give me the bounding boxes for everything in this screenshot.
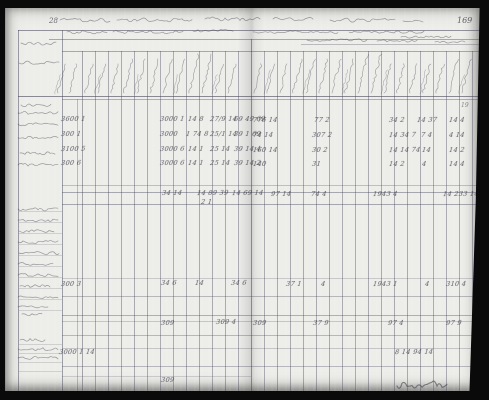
ledger-entry: 3000 6 <box>160 146 185 153</box>
handwriting-stroke <box>409 64 419 94</box>
ledger-entry: 140 <box>253 161 267 168</box>
grid-hline <box>19 277 62 278</box>
ledger-entry: 4 <box>422 161 427 168</box>
handwriting-stroke <box>341 70 349 95</box>
ledger-entry: 4 <box>321 281 326 288</box>
ledger-entry: 25 14 <box>210 146 231 153</box>
ledger-entry: 14 14 74 <box>389 147 421 154</box>
handwriting-stroke <box>330 18 395 22</box>
handwriting-stroke <box>344 59 354 93</box>
handwriting-stroke <box>349 31 424 33</box>
handwriting-stroke <box>370 54 382 93</box>
scan-border-bottom <box>0 391 489 400</box>
ledger-entry: 3600 1 <box>61 116 86 123</box>
handwriting-stroke <box>377 40 417 42</box>
handwriting-stroke <box>396 64 405 94</box>
grid-vline <box>394 51 395 396</box>
grid-vline <box>264 51 265 396</box>
page-fold-shadow <box>238 8 264 391</box>
grid-vline <box>18 30 19 396</box>
ledger-entry: 97 4 <box>388 320 405 327</box>
handwriting-stroke <box>18 123 58 126</box>
grid-hline <box>62 204 482 205</box>
handwriting-stroke <box>279 64 289 94</box>
handwriting-stroke <box>253 31 338 34</box>
handwriting-stroke <box>435 41 465 43</box>
ledger-entry: 37 9 <box>313 320 330 327</box>
grid-hline <box>19 288 62 289</box>
handwriting-stroke <box>123 59 134 94</box>
grid-vline <box>355 51 356 396</box>
ledger-entry: 74 14 <box>253 132 274 139</box>
ledger-entry: 34 6 <box>231 280 248 287</box>
grid-hline <box>18 30 482 31</box>
ledger-entry: 25 14 <box>210 160 231 167</box>
grid-hline <box>62 278 482 279</box>
handwriting-stroke <box>60 18 110 22</box>
handwriting-stroke <box>461 59 472 93</box>
grid-hline <box>19 233 62 234</box>
grid-vline <box>160 51 161 396</box>
grid-vline <box>420 51 421 396</box>
handwriting-stroke <box>22 313 42 315</box>
ledger-entry: 1943 4 <box>373 191 398 198</box>
grid-hline <box>19 310 62 311</box>
handwriting-stroke <box>318 59 328 93</box>
ledger-entry: 309 <box>161 320 175 327</box>
margin-annotation-number: 19 <box>461 102 469 109</box>
grid-hline <box>62 315 482 316</box>
handwriting-stroke <box>94 74 101 94</box>
ledger-entry: 97 14 <box>271 191 292 198</box>
handwriting-stroke <box>188 54 200 93</box>
handwriting-stroke <box>175 59 185 93</box>
handwriting-stroke <box>18 219 58 221</box>
grid-vline <box>147 51 148 396</box>
ledger-entry: 14 69 14 <box>232 190 264 197</box>
handwriting-stroke <box>264 70 271 94</box>
ledger-entry: 14 233 14 <box>443 191 480 198</box>
handwriting-stroke <box>133 74 139 94</box>
scan-streak-texture <box>5 8 480 391</box>
handwriting-stroke <box>201 54 212 93</box>
handwriting-stroke <box>18 208 58 211</box>
grid-vline <box>329 51 330 396</box>
handwriting-stroke <box>21 104 51 107</box>
handwriting-stroke <box>113 31 183 34</box>
grid-vline <box>95 51 96 396</box>
handwriting-stroke <box>307 39 367 42</box>
grid-hline <box>19 255 62 256</box>
handwriting-stroke <box>435 64 444 94</box>
grid-vline <box>342 51 343 396</box>
ledger-entry: 14 4 <box>449 161 466 168</box>
handwriting-stroke <box>84 64 93 94</box>
handwriting-stroke <box>380 70 388 95</box>
ledger-entry: 34 2 <box>389 117 406 124</box>
handwriting-stroke <box>448 59 458 93</box>
handwriting-stroke <box>117 18 192 22</box>
handwriting-stroke <box>193 30 233 32</box>
grid-vline <box>199 51 200 396</box>
handwriting-stroke <box>211 74 217 94</box>
grid-hline <box>19 266 62 267</box>
ledger-entry: 310 4 <box>446 281 467 288</box>
handwriting-stroke <box>357 54 369 93</box>
handwriting-stroke <box>67 31 107 34</box>
ledger-entry: 776 14 <box>253 117 278 124</box>
handwriting-stroke <box>18 262 53 265</box>
handwriting-stroke <box>422 64 431 94</box>
ledger-entry: 14 2 <box>389 161 406 168</box>
handwriting-stroke <box>205 17 260 21</box>
grid-vline <box>290 51 291 396</box>
handwriting-stroke <box>18 163 58 166</box>
grid-vline <box>368 51 369 396</box>
ledger-entry: 3000 1 14 <box>59 349 96 356</box>
grid-vline <box>303 51 304 396</box>
handwriting-stroke <box>273 17 313 20</box>
handwriting-stroke <box>97 64 106 94</box>
ledger-entry: 3000 <box>160 131 179 138</box>
ledger-entry: 97 9 <box>446 320 463 327</box>
grid-vline <box>186 51 187 396</box>
grid-vline <box>173 51 174 396</box>
grid-hline <box>301 44 482 45</box>
ledger-entry: 3000 6 <box>160 160 185 167</box>
ledger-entry: 34 6 <box>161 280 178 287</box>
ledger-entry: 14 2 <box>449 147 466 154</box>
ledger-entry: 307 2 <box>312 132 333 139</box>
handwriting-stroke <box>19 230 54 233</box>
ledger-entry: 3100 5 <box>61 146 86 153</box>
ledger-entry: 300 6 <box>61 160 82 167</box>
grid-hline <box>19 344 62 345</box>
ledger-entry: 1943 1 <box>373 281 398 288</box>
ledger-entry: 14 89 39 <box>197 190 229 197</box>
handwriting-stroke <box>68 64 77 94</box>
grid-hline <box>62 51 482 52</box>
grid-vline <box>459 51 460 396</box>
ledger-entry: 2 1 <box>201 199 213 206</box>
handwriting-layer <box>5 8 489 400</box>
grid-hline <box>19 211 62 212</box>
ledger-entry: 74 4 <box>311 191 328 198</box>
handwriting-stroke <box>397 381 447 389</box>
ledger-entry: 300 1 <box>61 131 82 138</box>
ledger-entry: 8 14 94 14 <box>395 349 434 356</box>
grid-vline <box>121 51 122 396</box>
ledger-entry: 14 34 7 <box>389 132 417 139</box>
handwriting-stroke <box>253 64 262 94</box>
ledger-entry: 14 4 <box>449 117 466 124</box>
handwriting-stroke <box>302 70 310 95</box>
grid-vline <box>251 39 252 396</box>
grid-hline <box>62 366 482 367</box>
grid-vline <box>212 51 213 396</box>
ledger-entry: 14 1 <box>188 146 205 153</box>
ledger-entry: 1 74 8 <box>186 131 209 138</box>
grid-vline <box>134 51 135 396</box>
grid-vline <box>407 51 408 396</box>
handwriting-stroke <box>19 61 59 64</box>
grid-hline <box>19 362 62 363</box>
ledger-entry: 14 <box>195 280 205 287</box>
grid-hline <box>62 99 482 100</box>
ledger-entry: 160 14 <box>253 147 278 154</box>
handwriting-stroke <box>110 64 119 93</box>
ledger-entry: 34 14 <box>162 190 183 197</box>
ledger-entry: 14 <box>422 147 432 154</box>
grid-vline <box>433 51 434 396</box>
ledger-entry: 309 <box>253 320 267 327</box>
handwriting-stroke <box>18 296 58 298</box>
grid-vline <box>446 51 447 396</box>
handwriting-stroke <box>172 74 178 94</box>
handwriting-stroke <box>21 42 56 45</box>
ledger-entry: 309 4 <box>216 319 237 326</box>
scanned-ledger-spread: 3600 13000 114 827/9 1469 49 69776 1477 … <box>0 0 489 400</box>
ledger-entry: 77 2 <box>314 117 331 124</box>
grid-vline <box>108 51 109 396</box>
handwriting-stroke <box>54 74 60 94</box>
handwriting-stroke <box>214 64 223 94</box>
grid-vline <box>62 30 63 396</box>
grid-hline <box>18 96 482 97</box>
ledger-entry: 14 1 <box>188 160 205 167</box>
grid-hline <box>49 39 482 40</box>
handwriting-stroke <box>20 152 55 155</box>
grid-hline <box>19 244 62 245</box>
grid-hline <box>62 296 482 297</box>
handwriting-stroke <box>136 59 147 94</box>
grid-vline <box>381 51 382 396</box>
handwriting-stroke <box>419 69 427 94</box>
grid-hline <box>19 371 62 372</box>
handwriting-stroke <box>266 64 275 93</box>
ledger-entry: 14 37 <box>417 117 438 124</box>
grid-vline <box>225 51 226 396</box>
ledger-entry: 31 <box>312 161 322 168</box>
grid-hline <box>19 299 62 300</box>
handwriting-stroke <box>292 59 303 94</box>
handwriting-stroke <box>305 59 315 93</box>
handwriting-stroke <box>18 348 58 351</box>
handwriting-stroke <box>18 241 58 244</box>
ledger-entry: 14 8 <box>188 116 205 123</box>
grid-hline <box>62 321 482 322</box>
grid-vline <box>277 51 278 396</box>
page-number-left: 28 <box>49 17 58 25</box>
handwriting-stroke <box>18 274 58 277</box>
handwriting-stroke <box>162 59 173 93</box>
ledger-entry: 309 <box>161 377 175 384</box>
grid-hline <box>62 335 482 336</box>
ledger-entry: 4 <box>425 281 430 288</box>
ledger-page: 3600 13000 114 827/9 1469 49 69776 1477 … <box>5 8 480 391</box>
ledger-entry: 37 1 <box>286 281 303 288</box>
handwriting-stroke <box>227 64 236 94</box>
ledger-entry: 3000 1 <box>160 116 185 123</box>
grid-hline <box>62 185 482 186</box>
grid-hline <box>62 376 251 377</box>
scan-border-left <box>0 0 6 400</box>
handwriting-stroke <box>20 285 50 288</box>
handwriting-stroke <box>149 59 160 93</box>
handwriting-stroke <box>18 111 58 114</box>
handwriting-stroke <box>18 356 58 359</box>
handwriting-stroke <box>18 136 58 138</box>
grid-vline <box>238 51 239 396</box>
ledger-entry: 7 4 <box>421 132 433 139</box>
grid-vline <box>316 51 317 396</box>
handwriting-stroke <box>18 306 48 308</box>
page-number-right: 169 <box>457 16 472 25</box>
ledger-entry: 300 3 <box>61 281 82 288</box>
scan-border-top <box>0 0 489 8</box>
handwriting-stroke <box>331 59 342 94</box>
ledger-entry: 30 2 <box>312 147 329 154</box>
handwriting-stroke <box>20 339 45 342</box>
handwriting-stroke <box>383 64 393 94</box>
grid-hline <box>19 222 62 223</box>
grid-hline <box>19 353 62 354</box>
handwriting-stroke <box>19 252 59 255</box>
handwriting-stroke <box>401 36 451 38</box>
handwriting-stroke <box>458 74 465 94</box>
ledger-entry: 4 14 <box>449 132 466 139</box>
grid-vline <box>82 51 83 396</box>
handwriting-stroke <box>403 20 423 22</box>
handwriting-stroke <box>57 64 66 94</box>
